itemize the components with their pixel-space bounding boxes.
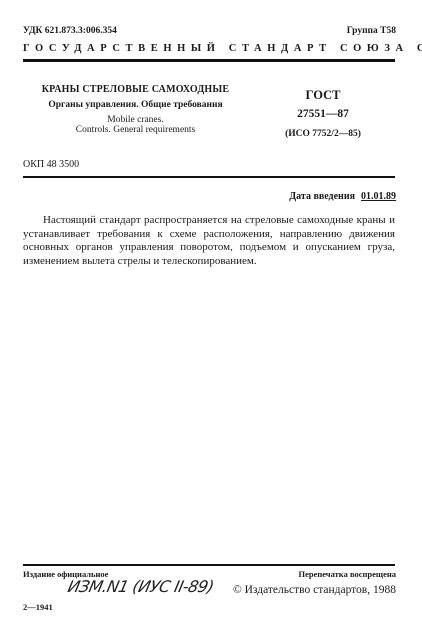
copyright-notice: © Издательство стандартов, 1988 xyxy=(233,584,396,596)
middle-divider xyxy=(23,176,395,178)
scope-paragraph: Настоящий стандарт распространяется на с… xyxy=(23,214,395,268)
group-code: Группа Т58 xyxy=(347,26,396,36)
reprint-notice: Перепечатка воспрещена xyxy=(298,569,396,579)
top-divider xyxy=(23,59,395,62)
gost-label: ГОСТ xyxy=(262,88,384,103)
english-title-line1: Mobile cranes. xyxy=(107,115,163,125)
iso-reference: (ИСО 7752/2—85) xyxy=(262,129,384,139)
gost-number: 27551—87 xyxy=(262,108,384,120)
introduction-date: Дата введения01.01.89 xyxy=(289,191,396,202)
gost-block: ГОСТ 27551—87 (ИСО 7752/2—85) xyxy=(262,88,384,139)
introduction-date-value: 01.01.89 xyxy=(361,191,396,202)
handwritten-amendment-note: ИЗМ.N1 (ИУС II-89) xyxy=(66,577,215,596)
title-block: КРАНЫ СТРЕЛОВЫЕ САМОХОДНЫЕ Органы управл… xyxy=(23,84,248,135)
okp-code: ОКП 48 3500 xyxy=(23,159,79,170)
english-title-line2: Controls. General requirements xyxy=(76,125,196,135)
document-subtitle: Органы управления. Общие требования xyxy=(23,100,248,110)
english-title: Mobile cranes. Controls. General require… xyxy=(23,115,248,135)
standard-type-heading: ГОСУДАРСТВЕННЫЙ СТАНДАРТ СОЮЗА ССР xyxy=(23,43,395,54)
footer-divider xyxy=(23,564,395,566)
print-number: 2—1941 xyxy=(23,602,53,612)
udk-code: УДК 621.873.3:006.354 xyxy=(23,26,117,36)
introduction-date-label: Дата введения xyxy=(289,191,355,202)
document-title: КРАНЫ СТРЕЛОВЫЕ САМОХОДНЫЕ xyxy=(23,84,248,95)
